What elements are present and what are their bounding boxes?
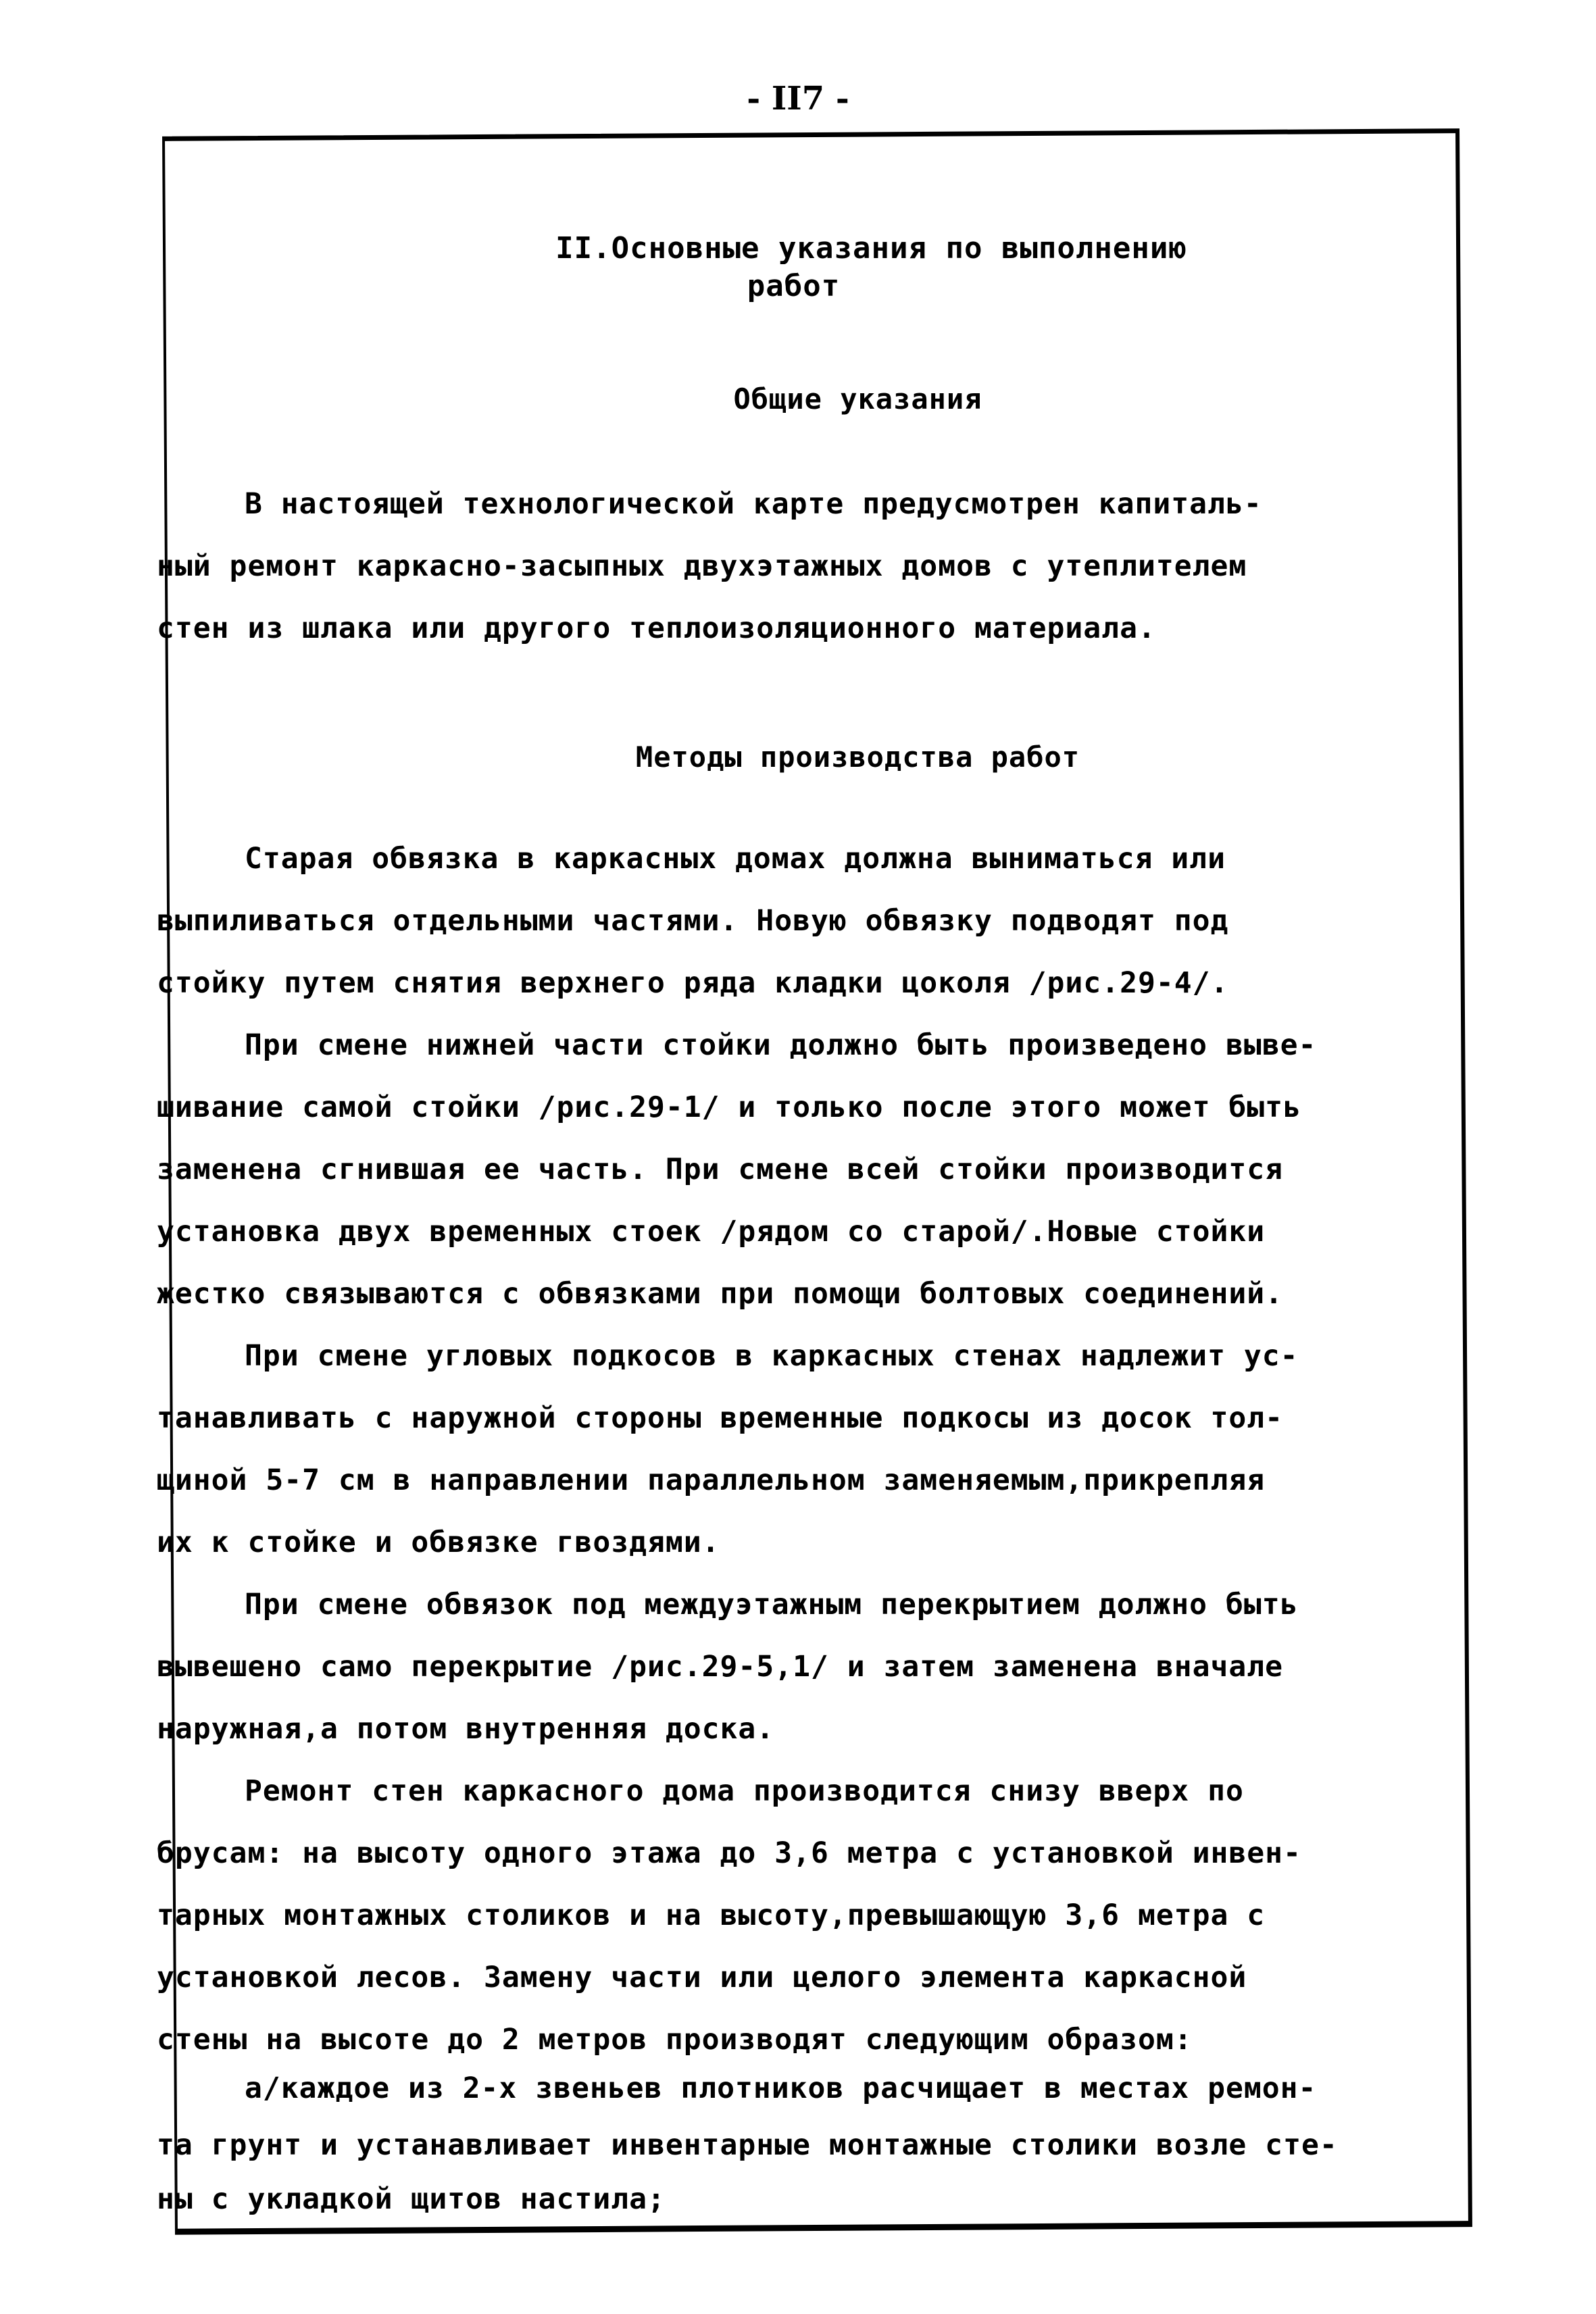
text-line: Ремонт стен каркасного дома производится…	[157, 1760, 1464, 1822]
paragraph-2: При смене нижней части стойки должно быт…	[157, 1014, 1464, 1325]
text-line: вывешено само перекрытие /рис.29-5,1/ и …	[157, 1636, 1464, 1698]
text-line: их к стойке и обвязке гвоздями.	[157, 1511, 1464, 1574]
text-line: тарных монтажных столиков и на высоту,пр…	[157, 1884, 1464, 1946]
paragraph-1: Старая обвязка в каркасных домах должна …	[157, 828, 1464, 1014]
text-line: наружная,а потом внутренняя доска.	[157, 1698, 1464, 1760]
paragraph-6: а/каждое из 2-х звеньев плотников расчищ…	[157, 2057, 1464, 2230]
text-line: танавливать с наружной стороны временные…	[157, 1387, 1464, 1449]
section-title-line-2: работ	[278, 268, 1464, 305]
subheading-general: Общие указания	[157, 368, 1464, 430]
text-line: брусам: на высоту одного этажа до 3,6 ме…	[157, 1822, 1464, 1884]
text-line: При смене угловых подкосов в каркасных с…	[157, 1325, 1464, 1387]
text-line: та грунт и устанавливает инвентарные мон…	[157, 2114, 1464, 2168]
paragraph-general: В настоящей технологической карте предус…	[157, 473, 1464, 659]
text-line: ны с укладкой щитов настила;	[157, 2168, 1464, 2230]
text-line: В настоящей технологической карте предус…	[157, 473, 1464, 535]
text-line: установка двух временных стоек /рядом со…	[157, 1201, 1464, 1263]
paragraph-3: При смене угловых подкосов в каркасных с…	[157, 1325, 1464, 1574]
text-line: ный ремонт каркасно-засыпных двухэтажных…	[157, 535, 1464, 597]
text-line: жестко связываются с обвязками при помощ…	[157, 1263, 1464, 1325]
subheading-methods: Методы производства работ	[157, 726, 1464, 788]
paragraph-5: Ремонт стен каркасного дома производится…	[157, 1760, 1464, 2071]
text-line: щиной 5-7 см в направлении параллельном …	[157, 1449, 1464, 1511]
text-line: заменена сгнившая ее часть. При смене вс…	[157, 1138, 1464, 1201]
text-line: При смене обвязок под междуэтажным перек…	[157, 1574, 1464, 1636]
text-line: шивание самой стойки /рис.29-1/ и только…	[157, 1076, 1464, 1138]
page-number: - II7 -	[0, 80, 1596, 118]
text-line: выпиливаться отдельными частями. Новую о…	[157, 890, 1464, 952]
text-line: стойку путем снятия верхнего ряда кладки…	[157, 952, 1464, 1014]
text-line: стен из шлака или другого теплоизоляцион…	[157, 597, 1464, 659]
paragraph-4: При смене обвязок под междуэтажным перек…	[157, 1574, 1464, 1760]
text-line: При смене нижней части стойки должно быт…	[157, 1014, 1464, 1076]
text-line: установкой лесов. Замену части или целог…	[157, 1946, 1464, 2009]
section-title-line-1: II.Основные указания по выполнению	[278, 230, 1464, 268]
text-line: а/каждое из 2-х звеньев плотников расчищ…	[157, 2057, 1464, 2114]
section-title: II.Основные указания по выполнению работ	[157, 230, 1464, 305]
text-line: Старая обвязка в каркасных домах должна …	[157, 828, 1464, 890]
